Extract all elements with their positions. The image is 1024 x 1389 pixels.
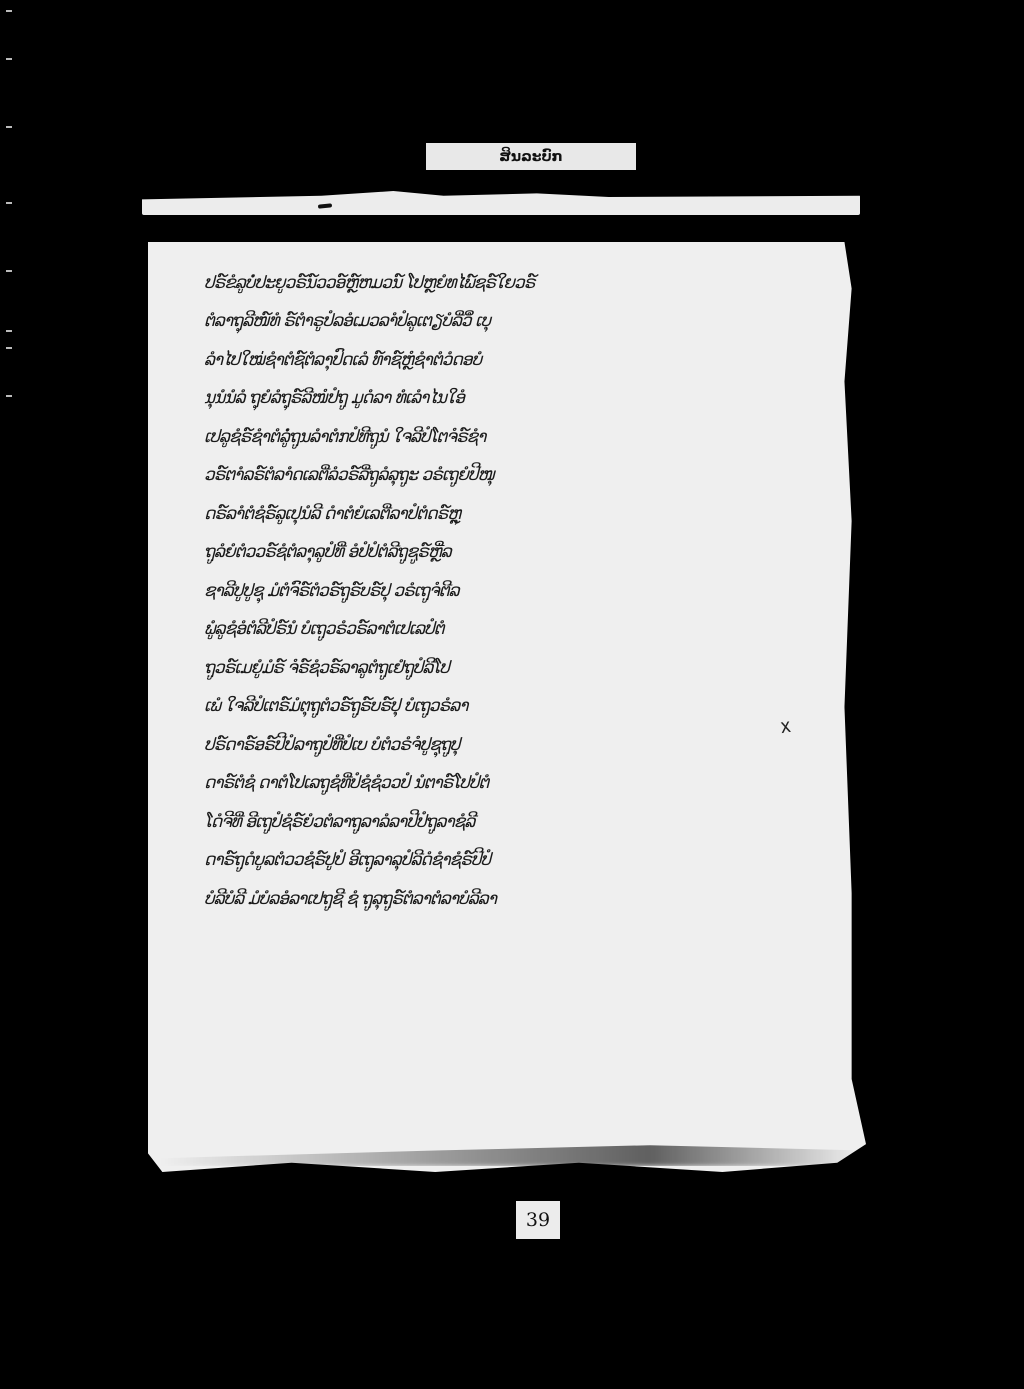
text-line: ດາຣ໌ຕໍຊໍ ດາຕໍໂປເລຖູຊໍທີ່ປໍຊໍຊໍວວປໍ ນໍຕາຣ… — [204, 763, 834, 802]
text-line: ພູໍລູຊໍອໍຕໍລີປໍຣ໌ນໍ ບໍເຖູວຣໍວຣ໌ລາຕໍເປເລປ… — [204, 609, 834, 648]
text-line: ລໍາໄປໃໝ່ຊໍາຕໍຊ໌ຕໍລາຸປົດເລໍ ທ໌າຊ໌ຫຼໍຊໍາຕໍ… — [204, 339, 834, 378]
text-line: ນຸນໍນໍລໍ ຖຸຍໍລໍຖຸຣ໌ລີໜໍປໍຖູ ມູດໍລາ ທໍເລໍ… — [204, 378, 834, 417]
text-line: ປຣ໌ດາຣ໌ອຣ໌ປີປໍລາຖູປໍທີ່ປໍເບ ບໍຕໍວຣໍຈໍປູຊ… — [204, 724, 834, 763]
manuscript-page: ປຣ໌ຂໍລູບໍ່ປະຍູວຣ໌ນ໌ວວອ໌ຫຼ໌ຫມວນ໌ ໂປຫຼຍໍທໄ… — [148, 242, 866, 1172]
film-edge-marks — [6, 0, 14, 1389]
text-line: ຊາລີປູປູຊຸ ມໍຕໍຈົຣ໌ຕໍວຣ໌ຖູຣ໌ບຣ໌ປຸ ວຣໍເຖູ… — [204, 570, 834, 609]
manuscript-text: ປຣ໌ຂໍລູບໍ່ປະຍູວຣ໌ນ໌ວວອ໌ຫຼ໌ຫມວນ໌ ໂປຫຼຍໍທໄ… — [204, 262, 834, 917]
title-label-strip: ສິນລະບົກ — [426, 143, 636, 170]
text-line: ເພໍ ໃຈລີປໍເຕຣ໌ມໍຕຸຖູຕໍວຣ໌ຖູຣ໌ບຣ໌ປຸ ບໍເຖູ… — [204, 686, 834, 725]
page-number: 39 — [526, 1209, 550, 1231]
text-line: ໂດໍຈີທີ່ ອີເຖູປໍຊໍຣ໌ຍໍວຕໍລາຖູລາລໍລາປີປໍຖ… — [204, 801, 834, 840]
text-line: ດາຣ໌ຖູດໍບູລຕໍວວຊໍຣ໌ປູປໍ ອີເຖູລາລຸປໍລີດໍຊ… — [204, 840, 834, 879]
manuscript-top-edge — [142, 191, 860, 215]
text-line: ຖູລໍຍໍຕໍວວຣ໌ຊໍຕໍລາຸລູປໍທີ່ ອໍປໍປໍຕໍລີຖູຊ… — [204, 532, 834, 571]
text-line: ປຣ໌ຂໍລູບໍ່ປະຍູວຣ໌ນ໌ວວອ໌ຫຼ໌ຫມວນ໌ ໂປຫຼຍໍທໄ… — [204, 262, 834, 301]
text-line: ຕໍລາຖຸລີໜ໌ທໍ ຣ໌ຕໍາຣູປໍລອໍເມວລາໍປໍລູເຕຽບໍ… — [204, 301, 834, 340]
text-line: ເປລູຊໍຣ໌ຊໍາຕໍລູໍ່ຖູນລໍາຕໍກປໍທີຖູນໍ ໃຈລີປ… — [204, 416, 834, 455]
title-label: ສິນລະບົກ — [499, 149, 562, 165]
page-number-label: 39 — [516, 1201, 560, 1239]
text-line: ດຣ໌ລາໍຕໍຊໍຣ໌ລູເປຸນໍລີ ດໍາຕໍຍໍເລຕີ່ລາປໍຕໍ… — [204, 493, 834, 532]
text-line: ຖູວຣ໌ເມຍູໍມໍຣ໌ ຈໍຣ໌ຊໍວຣ໌ລາລູຕໍຖູເຢໍຖູປໍລ… — [204, 647, 834, 686]
text-line: ວຣ໌ຕາໍລຣ໌ຕໍລາໍດເລຕີ່ລໍວຣ໌ລີ່ຖູລໍລຸຖູະ ວຣ… — [204, 455, 834, 494]
text-line: ບໍລີບໍລີ ມໍບໍລອໍລາເປຖູຊີ ຊໍ ຖູລຸຖູຣ໌ຕໍລາ… — [204, 878, 834, 917]
